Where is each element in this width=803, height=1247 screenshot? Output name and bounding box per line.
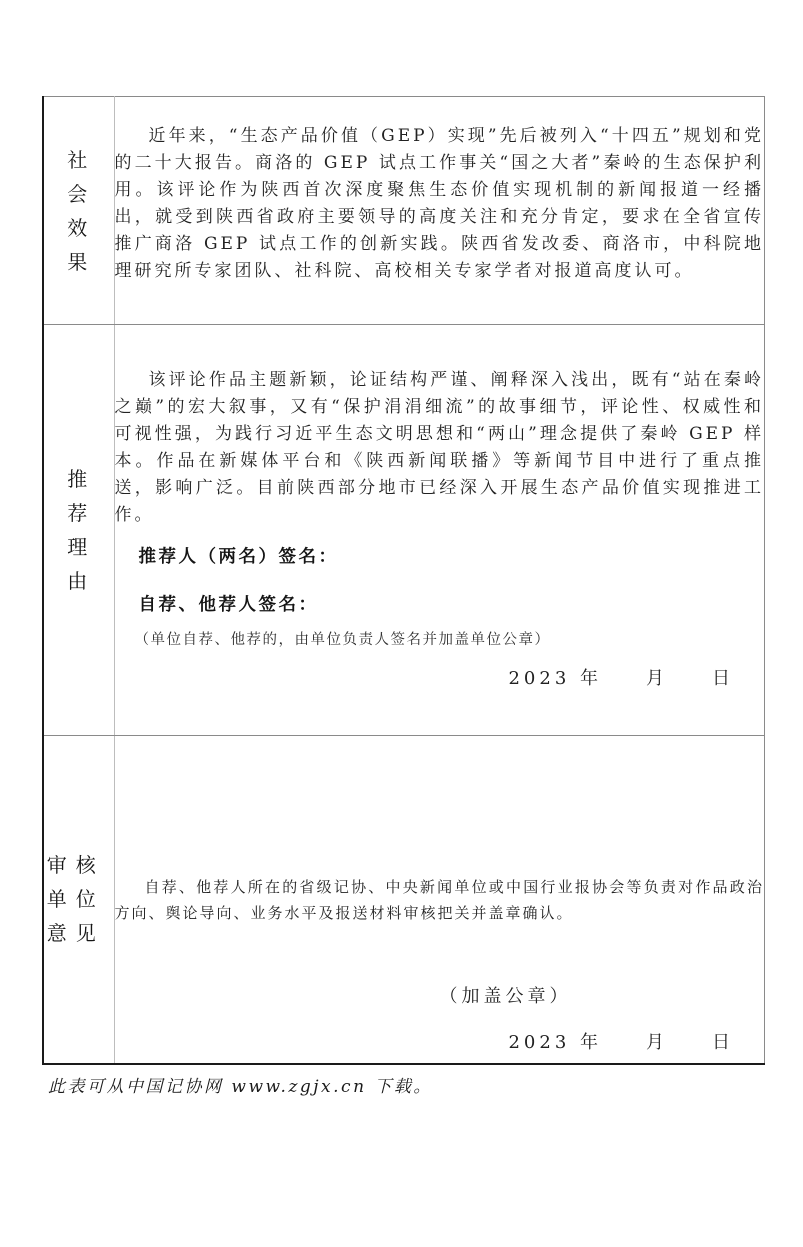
social-effect-text: 近年来，“生态产品价值（GEP）实现”先后被列入“十四五”规划和党的二十大报告。… <box>115 123 765 285</box>
document-page: 社会效果 近年来，“生态产品价值（GEP）实现”先后被列入“十四五”规划和党的二… <box>0 0 803 1247</box>
recommendation-date-line: 2023 年 月 日 <box>115 666 765 692</box>
row-label-cell-social-effect: 社会效果 <box>43 97 114 325</box>
review-unit-opinion-text: 自荐、他荐人所在的省级记协、中央新闻单位或中国行业报协会等负责对作品政治方向、舆… <box>115 874 765 926</box>
download-note: 此表可从中国记协网 www.zgjx.cn 下载。 <box>48 1072 433 1097</box>
recommender-signature-label: 推荐人（两名）签名： <box>139 545 765 569</box>
row-social-effect: 社会效果 近年来，“生态产品价值（GEP）实现”先后被列入“十四五”规划和党的二… <box>43 97 765 325</box>
review-unit-opinion-cell: 自荐、他荐人所在的省级记协、中央新闻单位或中国行业报协会等负责对作品政治方向、舆… <box>114 736 765 1064</box>
review-date-line: 2023 年 月 日 <box>115 1030 765 1056</box>
recommendation-reason-cell: 该评论作品主题新颖，论证结构严谨、阐释深入浅出，既有“站在秦岭之巅”的宏大叙事，… <box>114 325 765 736</box>
seal-placeholder: （加盖公章） <box>115 984 765 1010</box>
row-label-review-unit-opinion: 审核单位意见 <box>47 848 111 950</box>
self-nomination-signature-label: 自荐、他荐人签名： <box>139 593 765 617</box>
row-recommendation-reason: 推荐理由 该评论作品主题新颖，论证结构严谨、阐释深入浅出，既有“站在秦岭之巅”的… <box>43 325 765 736</box>
unit-seal-note: （单位自荐、他荐的，由单位负责人签名并加盖单位公章） <box>135 630 765 650</box>
row-label-recommendation-reason: 推荐理由 <box>67 462 90 598</box>
recommendation-form-table: 社会效果 近年来，“生态产品价值（GEP）实现”先后被列入“十四五”规划和党的二… <box>42 96 765 1065</box>
recommendation-reason-text: 该评论作品主题新颖，论证结构严谨、阐释深入浅出，既有“站在秦岭之巅”的宏大叙事，… <box>115 367 765 529</box>
row-label-social-effect: 社会效果 <box>67 143 90 279</box>
row-label-cell-recommendation-reason: 推荐理由 <box>43 325 114 736</box>
row-label-cell-review-unit-opinion: 审核单位意见 <box>43 736 114 1064</box>
row-review-unit-opinion: 审核单位意见 自荐、他荐人所在的省级记协、中央新闻单位或中国行业报协会等负责对作… <box>43 736 765 1064</box>
social-effect-cell: 近年来，“生态产品价值（GEP）实现”先后被列入“十四五”规划和党的二十大报告。… <box>114 97 765 325</box>
